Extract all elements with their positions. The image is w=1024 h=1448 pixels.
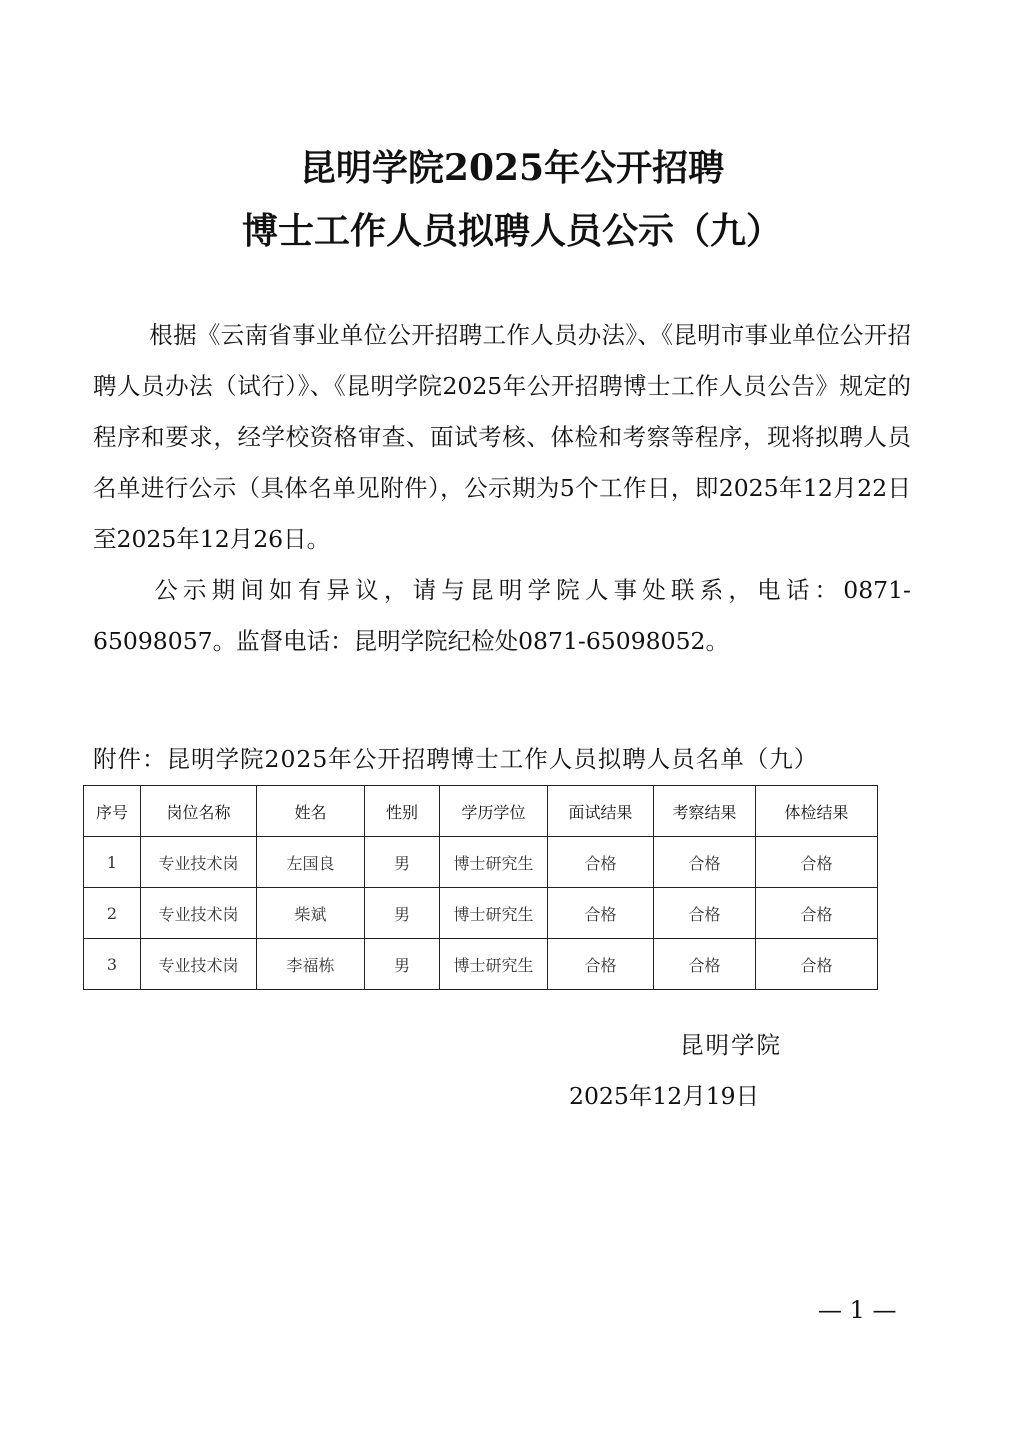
body-paragraph-2-text: 公示期间如有异议，请与昆明学院人事处联系，电话：0871-65098057。监督… <box>93 576 911 655</box>
cell-name: 左国良 <box>257 837 365 888</box>
cell-inspection-result: 合格 <box>654 939 756 990</box>
cell-inspection-result: 合格 <box>654 837 756 888</box>
document-title-line2: 博士工作人员拟聘人员公示（九） <box>0 203 1024 254</box>
cell-medical-result: 合格 <box>756 837 878 888</box>
body-paragraph-2: 公示期间如有异议，请与昆明学院人事处联系，电话：0871-65098057。监督… <box>93 565 911 667</box>
signature-date: 2025年12月19日 <box>569 1077 759 1111</box>
cell-degree: 博士研究生 <box>440 888 548 939</box>
cell-interview-result: 合格 <box>548 888 654 939</box>
cell-position: 专业技术岗 <box>141 939 257 990</box>
table-row: 3 专业技术岗 李福栋 男 博士研究生 合格 合格 合格 <box>84 939 878 990</box>
table-header-row: 序号 岗位名称 姓名 性别 学历学位 面试结果 考察结果 体检结果 <box>84 786 878 837</box>
cell-position: 专业技术岗 <box>141 888 257 939</box>
cell-interview-result: 合格 <box>548 837 654 888</box>
cell-gender: 男 <box>365 939 440 990</box>
cell-degree: 博士研究生 <box>440 837 548 888</box>
cell-index: 2 <box>84 888 141 939</box>
cell-medical-result: 合格 <box>756 888 878 939</box>
table-row: 1 专业技术岗 左国良 男 博士研究生 合格 合格 合格 <box>84 837 878 888</box>
cell-interview-result: 合格 <box>548 939 654 990</box>
header-inspection-result: 考察结果 <box>654 786 756 837</box>
table-row: 2 专业技术岗 柴斌 男 博士研究生 合格 合格 合格 <box>84 888 878 939</box>
header-gender: 性别 <box>365 786 440 837</box>
cell-name: 柴斌 <box>257 888 365 939</box>
cell-name: 李福栋 <box>257 939 365 990</box>
document-title-line1: 昆明学院2025年公开招聘 <box>0 140 1024 191</box>
cell-index: 1 <box>84 837 141 888</box>
header-name: 姓名 <box>257 786 365 837</box>
candidate-table: 序号 岗位名称 姓名 性别 学历学位 面试结果 考察结果 体检结果 1 专业技术… <box>83 785 878 990</box>
cell-index: 3 <box>84 939 141 990</box>
cell-gender: 男 <box>365 888 440 939</box>
body-paragraph-1-text: 根据《云南省事业单位公开招聘工作人员办法》、《昆明市事业单位公开招聘人员办法（试… <box>93 321 911 553</box>
signature-organization: 昆明学院 <box>680 1026 782 1060</box>
header-index: 序号 <box>84 786 141 837</box>
header-degree: 学历学位 <box>440 786 548 837</box>
cell-medical-result: 合格 <box>756 939 878 990</box>
cell-position: 专业技术岗 <box>141 837 257 888</box>
header-position: 岗位名称 <box>141 786 257 837</box>
header-interview-result: 面试结果 <box>548 786 654 837</box>
attachment-caption: 附件：昆明学院2025年公开招聘博士工作人员拟聘人员名单（九） <box>93 740 818 774</box>
cell-inspection-result: 合格 <box>654 888 756 939</box>
header-medical-result: 体检结果 <box>756 786 878 837</box>
cell-degree: 博士研究生 <box>440 939 548 990</box>
body-paragraph-1: 根据《云南省事业单位公开招聘工作人员办法》、《昆明市事业单位公开招聘人员办法（试… <box>93 310 911 565</box>
cell-gender: 男 <box>365 837 440 888</box>
page-number: — 1 — <box>818 1296 897 1324</box>
